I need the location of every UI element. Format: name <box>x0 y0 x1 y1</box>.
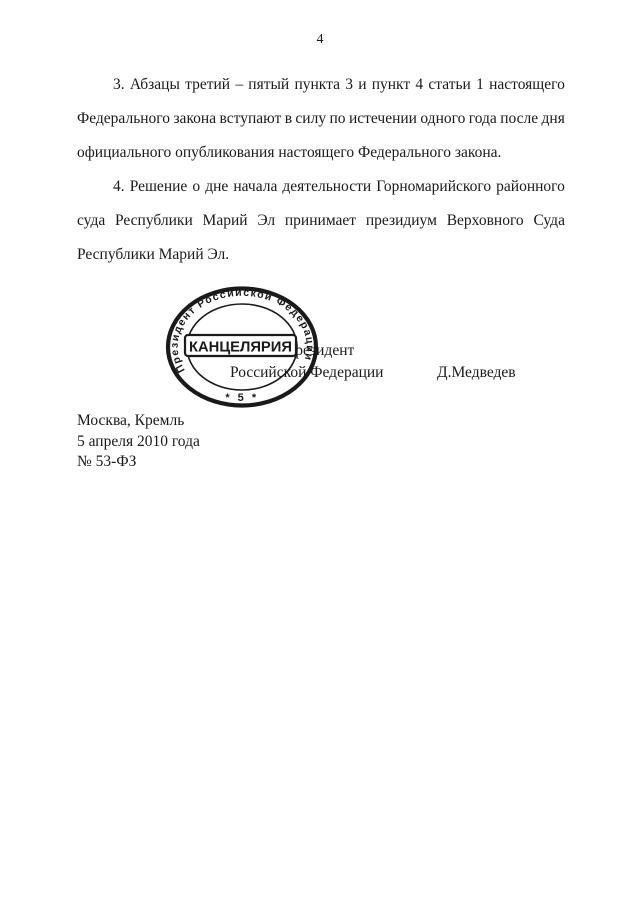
paragraph-line: 3.Абзацытретий–пятыйпункта3ипункт4статьи… <box>77 68 565 102</box>
footer-doc-number: № 53-ФЗ <box>77 452 200 473</box>
stamp-bottom-number: * 5 * <box>225 392 258 404</box>
paragraph-line: Федеральногозаконавступаютвсилупоистечен… <box>77 102 565 136</box>
footer-date: 5 апреля 2010 года <box>77 432 200 453</box>
stamp-center-text: КАНЦЕЛЯРИЯ <box>189 340 292 356</box>
paragraph-line: Республики Марий Эл. <box>77 238 565 272</box>
paragraph-line: 4.РешениеодненачаладеятельностиГорномари… <box>77 170 565 204</box>
document-page: 4 3.Абзацытретий–пятыйпункта3ипункт4стат… <box>0 0 640 900</box>
chancellery-stamp: Президент Российской Федерации * 5 * КАН… <box>163 285 321 411</box>
footer-block: Москва, Кремль 5 апреля 2010 года № 53-Ф… <box>77 411 200 473</box>
stamp-seal-icon: Президент Российской Федерации * 5 * КАН… <box>163 285 321 411</box>
paragraph: 4.РешениеодненачаладеятельностиГорномари… <box>77 170 565 272</box>
footer-place: Москва, Кремль <box>77 411 200 432</box>
page-number: 4 <box>0 32 640 48</box>
body-paragraphs: 3.Абзацытретий–пятыйпункта3ипункт4статьи… <box>77 68 565 272</box>
paragraph-line: официального опубликования настоящего Фе… <box>77 136 565 170</box>
signature-name: Д.Медведев <box>437 364 516 381</box>
paragraph-line: судаРеспубликиМарийЭлпринимаетпрезидиумВ… <box>77 204 565 238</box>
paragraph: 3.Абзацытретий–пятыйпункта3ипункт4статьи… <box>77 68 565 170</box>
